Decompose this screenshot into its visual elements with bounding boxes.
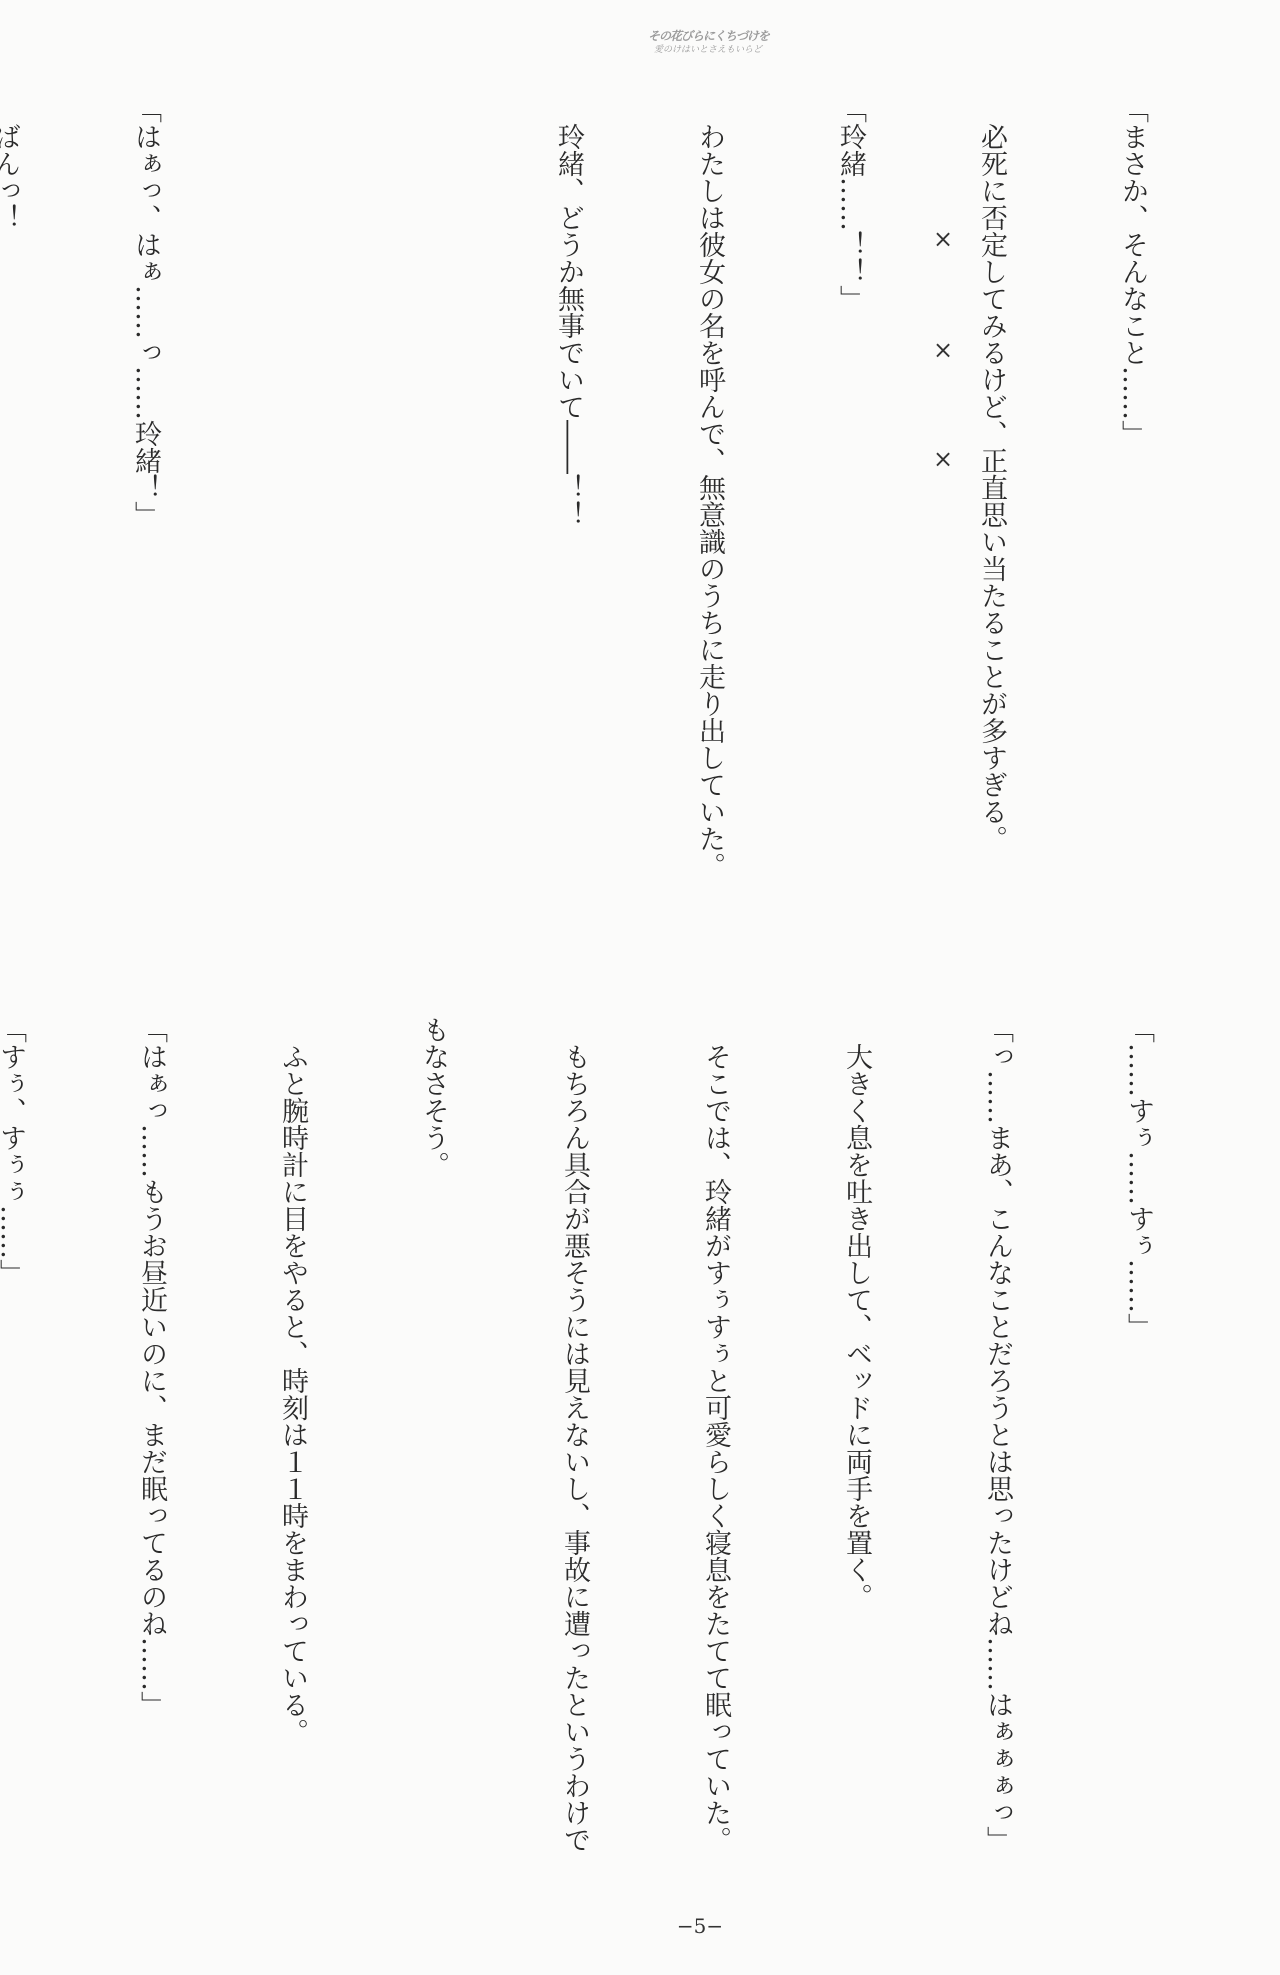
text-line: わたしは彼女の名を呼んで、無意識のうちに走り出していた。 (686, 96, 733, 946)
text-line: 「はぁっ、はぁ……っ……玲緒！」 (122, 96, 169, 946)
scene-break-mark: × (933, 336, 953, 364)
text-line: ばんっ！ (0, 96, 28, 946)
text-block-top: 「まさか、そんなこと……」 必死に否定してみるけど、正直思い当たることが多すぎる… (0, 96, 1250, 946)
scene-break-mark: × (933, 445, 953, 473)
text-line: もちろん具合が悪そうには見えないし、事故に遭ったというわけで (551, 1016, 598, 1866)
page-header-logo: その花びらにくちづけを 愛のけはいとさえもいらど (648, 28, 768, 68)
text-line: ふと腕時計に目をやると、時刻は１１時をまわっている。 (269, 1016, 316, 1866)
text-line: 大きく息を吐き出して、ベッドに両手を置く。 (833, 1016, 880, 1866)
blank-line (404, 96, 451, 946)
text-line: そこでは、玲緒がすぅすぅと可愛らしく寝息をたてて眠っていた。 (692, 1016, 739, 1866)
scene-break-marks: × × × (933, 225, 963, 485)
text-line: もなさそう。 (410, 1016, 457, 1866)
text-line: 玲緒、どうか無事でいて――！！ (545, 96, 592, 946)
text-line: 「っ……まあ、こんなことだろうとは思ったけどね……はぁぁぁっ」 (974, 1016, 1021, 1866)
text-line: 「……すぅ……すぅ……」 (1115, 1016, 1162, 1866)
header-title: その花びらにくちづけを (648, 28, 768, 44)
scene-break-mark: × (933, 225, 953, 253)
text-block-bottom: 「……すぅ……すぅ……」 「っ……まあ、こんなことだろうとは思ったけどね……はぁ… (0, 1016, 1256, 1866)
page-number: −5− (620, 1914, 780, 1938)
text-line: 「玲緒……！！」 (827, 96, 874, 946)
header-subtitle: 愛のけはいとさえもいらど (648, 44, 768, 56)
text-line: 「はぁっ……もうお昼近いのに、まだ眠ってるのね……」 (128, 1016, 175, 1866)
text-line: 必死に否定してみるけど、正直思い当たることが多すぎる。 (968, 96, 1015, 946)
text-line: 「すぅ、すぅぅ……」 (0, 1016, 34, 1866)
blank-line (263, 96, 310, 946)
text-line: 「まさか、そんなこと……」 (1109, 96, 1156, 946)
